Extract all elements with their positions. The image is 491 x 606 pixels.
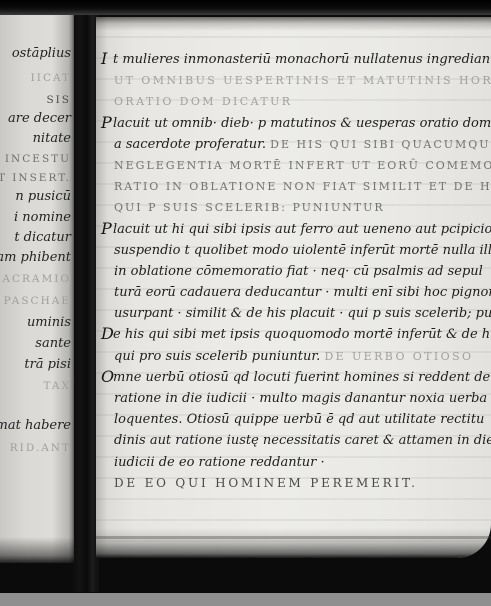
book-gutter-shadow <box>72 0 99 592</box>
manuscript-line: De his qui sibi met ipsis quoquomodo mor… <box>114 322 486 343</box>
left-page-fragment: ostāplius <box>12 47 71 61</box>
manuscript-line: QUI P SUIS SCELERIB: PUNIUNTUR <box>114 195 486 216</box>
line-segment: t mulieres inmonasteriū monachorū nullat… <box>113 52 491 67</box>
initial-letter: O <box>101 366 113 387</box>
initial-letter: D <box>101 323 113 344</box>
manuscript-line: in oblatione cōmemoratio fiat · neq· cū … <box>114 259 486 280</box>
text-block: It mulieres inmonasteriū monachorū nulla… <box>114 47 486 492</box>
left-page-fragment: RID.ANT <box>10 441 71 455</box>
manuscript-photo: ostāpliusIICATSISare decernitateDE INCES… <box>0 0 491 606</box>
manuscript-line: RATIO IN OBLATIONE NON FIAT SIMILIT ET D… <box>114 174 486 195</box>
left-page-fragment: sante <box>35 337 71 351</box>
line-segment: dinis aut ratione iustę necessitatis car… <box>114 433 491 448</box>
initial-letter: P <box>101 218 113 239</box>
manuscript-line: a sacerdote proferatur. DE HIS QUI SIBI … <box>114 132 486 153</box>
line-segment: DE HIS QUI SIBI QUACUMQUE <box>270 138 491 151</box>
line-segment: DE UERBO OTIOSO <box>324 350 473 363</box>
line-segment: mne uerbū otiosū qd locuti fuerint homin… <box>113 370 491 385</box>
manuscript-line: DE EO QUI HOMINEM PEREMERIT. <box>114 471 486 492</box>
line-segment: iudicii de eo ratione reddantur · <box>114 455 325 470</box>
line-segment: in oblatione cōmemoratio fiat · neq· cū … <box>114 264 483 279</box>
left-page-fragment: ACRAMIO <box>2 272 71 286</box>
book-top-edge <box>0 0 491 15</box>
left-page-fragment: n pusicū <box>15 190 71 204</box>
line-segment: e his qui sibi met ipsis quoquomodo mort… <box>113 327 491 342</box>
manuscript-line: qui pro suis scelerib puniuntur. DE UERB… <box>114 344 486 365</box>
left-page-fragment: nitate <box>33 132 71 146</box>
manuscript-line: turā eorū cadauera deducantur · multi en… <box>114 280 486 301</box>
line-segment: qui pro suis scelerib puniuntur. <box>114 349 324 364</box>
left-page-fragment: umat habere <box>0 419 71 433</box>
left-page-fragment: DE INCESTU <box>0 152 71 166</box>
left-page-fragment: trā pisi <box>24 358 71 372</box>
manuscript-line: It mulieres inmonasteriū monachorū nulla… <box>114 47 486 68</box>
line-segment: lacuit ut omnib· dieb· p matutinos & ues… <box>113 116 491 131</box>
line-segment: DE EO QUI HOMINEM PEREMERIT. <box>114 476 418 490</box>
left-page-fragment: TAX <box>44 379 72 393</box>
line-segment: QUI P SUIS SCELERIB: PUNIUNTUR <box>114 201 385 214</box>
manuscript-line: NEGLEGENTIA MORTĒ INFERT UT EORŪ COMEMO <box>114 153 486 174</box>
left-page-fragment: IICAT <box>31 71 71 85</box>
line-segment: suspendio t quolibet modo uiolentē infer… <box>114 243 491 258</box>
manuscript-line: usurpant · similit & de his placuit · qu… <box>114 301 486 322</box>
left-page-fragment: T INSERT. <box>0 171 71 185</box>
line-segment: lacuit ut hi qui sibi ipsis aut ferro au… <box>113 222 491 237</box>
initial-letter: P <box>101 112 113 133</box>
left-page-fragment: i nomine <box>14 211 71 225</box>
initial-letter: I <box>101 48 113 69</box>
line-segment: loquentes. Otiosū quippe uerbū ē qd aut … <box>114 412 484 427</box>
page-bottom-fold <box>96 536 491 539</box>
manuscript-line: ORATIO DOM DICATUR <box>114 89 486 110</box>
line-segment: a sacerdote proferatur. <box>114 137 270 152</box>
left-page-fragment: uminis <box>27 316 71 330</box>
manuscript-line: ratione in die iudicii · multo magis dan… <box>114 386 486 407</box>
manuscript-line: Placuit ut hi qui sibi ipsis aut ferro a… <box>114 217 486 238</box>
line-segment: RATIO IN OBLATIONE NON FIAT SIMILIT ET D… <box>114 180 491 193</box>
manuscript-line: suspendio t quolibet modo uiolentē infer… <box>114 238 486 259</box>
line-segment: ORATIO DOM DICATUR <box>114 95 292 108</box>
line-segment: UT OMNIBUS UESPERTINIS ET MATUTINIS HORI… <box>114 74 491 87</box>
line-segment: usurpant · similit & de his placuit · qu… <box>114 306 491 321</box>
line-segment: ratione in die iudicii · multo magis dan… <box>114 391 487 406</box>
manuscript-line: UT OMNIBUS UESPERTINIS ET MATUTINIS HORI… <box>114 68 486 89</box>
manuscript-line: iudicii de eo ratione reddantur · <box>114 450 486 471</box>
manuscript-line: dinis aut ratione iustę necessitatis car… <box>114 428 486 449</box>
left-page-fragment: SIS <box>46 93 71 107</box>
left-page-fragment: B: PASCHAE <box>0 294 71 308</box>
photo-bottom-strip <box>0 593 491 606</box>
left-page-fragment: t dicatur <box>14 231 71 245</box>
left-page-fragment: am phibent <box>0 251 71 265</box>
manuscript-line: Omne uerbū otiosū qd locuti fuerint homi… <box>114 365 486 386</box>
manuscript-line: loquentes. Otiosū quippe uerbū ē qd aut … <box>114 407 486 428</box>
manuscript-line: Placuit ut omnib· dieb· p matutinos & ue… <box>114 111 486 132</box>
right-page: It mulieres inmonasteriū monachorū nulla… <box>96 17 491 558</box>
line-segment: turā eorū cadauera deducantur · multi en… <box>114 285 491 300</box>
left-page-fragment: are decer <box>8 112 71 126</box>
line-segment: NEGLEGENTIA MORTĒ INFERT UT EORŪ COMEMO <box>114 159 491 172</box>
left-page: ostāpliusIICATSISare decernitateDE INCES… <box>0 13 74 563</box>
